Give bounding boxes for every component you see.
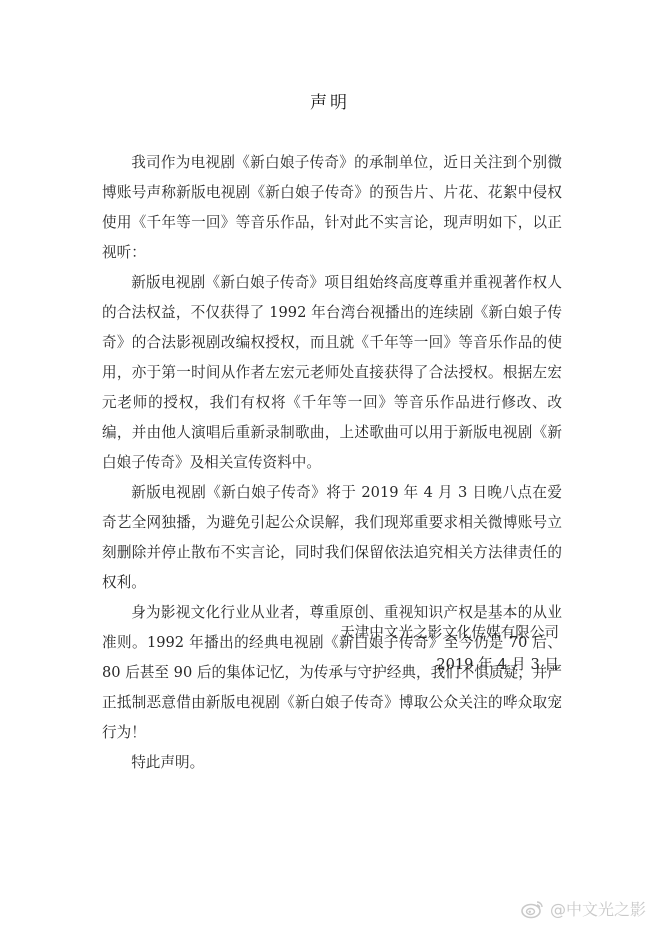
weibo-icon bbox=[521, 899, 545, 919]
paragraph-3: 新版电视剧《新白娘子传奇》将于 2019 年 4 月 3 日晚八点在爱奇艺全网独… bbox=[102, 478, 562, 598]
document-body: 我司作为电视剧《新白娘子传奇》的承制单位，近日关注到个别微博账号声称新版电视剧《… bbox=[102, 148, 562, 778]
weibo-watermark: @中文光之影 bbox=[521, 897, 646, 920]
statement-document: 声明 我司作为电视剧《新白娘子传奇》的承制单位，近日关注到个别微博账号声称新版电… bbox=[0, 0, 660, 934]
paragraph-5: 特此声明。 bbox=[102, 748, 562, 778]
watermark-text: @中文光之影 bbox=[550, 897, 646, 920]
document-title: 声明 bbox=[0, 88, 660, 113]
paragraph-1: 我司作为电视剧《新白娘子传奇》的承制单位，近日关注到个别微博账号声称新版电视剧《… bbox=[102, 148, 562, 268]
paragraph-2: 新版电视剧《新白娘子传奇》项目组始终高度尊重并重视著作权人的合法权益，不仅获得了… bbox=[102, 268, 562, 478]
signature-block: 天津中文光之影文化传媒有限公司 2019 年 4 月 3 日 bbox=[340, 617, 559, 681]
signature-company: 天津中文光之影文化传媒有限公司 bbox=[340, 617, 559, 649]
signature-date: 2019 年 4 月 3 日 bbox=[340, 649, 559, 681]
